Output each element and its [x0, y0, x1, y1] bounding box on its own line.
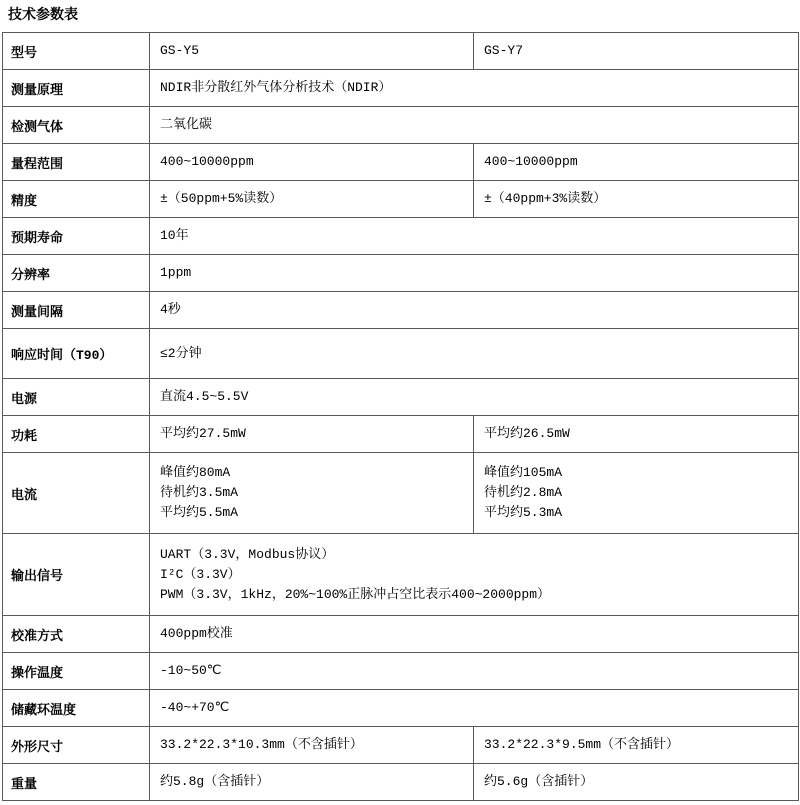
spec-value-line: PWM（3.3V，1kHz，20%~100%正脉冲占空比表示400~2000pp… [160, 585, 797, 605]
spec-label: 测量间隔 [3, 292, 150, 329]
table-row-storage-temp: 储藏环温度 -40~+70℃ [3, 690, 799, 727]
spec-label: 电源 [3, 379, 150, 416]
spec-value-line: 直流4.5~5.5V [160, 387, 797, 407]
spec-label: 测量原理 [3, 70, 150, 107]
spec-value: 1ppm [150, 255, 799, 292]
spec-value-gs-y7: 平均约26.5mW [474, 416, 799, 453]
spec-value-line: 二氧化碳 [160, 115, 797, 135]
table-row-weight: 重量 约5.8g（含插针） 约5.6g（含插针） [3, 764, 799, 801]
table-row-output-signal: 输出信号 UART（3.3V，Modbus协议） I²C（3.3V） PWM（3… [3, 534, 799, 616]
spec-value-line: 峰值约105mA [484, 463, 797, 483]
spec-value-line: 400ppm校准 [160, 624, 797, 644]
table-row-model: 型号 GS-Y5 GS-Y7 [3, 33, 799, 70]
table-row-resolution: 分辨率 1ppm [3, 255, 799, 292]
table-row-power-consumption: 功耗 平均约27.5mW 平均约26.5mW [3, 416, 799, 453]
spec-value-gs-y5: 峰值约80mA 待机约3.5mA 平均约5.5mA [150, 453, 474, 534]
spec-label: 外形尺寸 [3, 727, 150, 764]
table-row-dimensions: 外形尺寸 33.2*22.3*10.3mm（不含插针） 33.2*22.3*9.… [3, 727, 799, 764]
spec-value: NDIR非分散红外气体分析技术（NDIR） [150, 70, 799, 107]
spec-label: 精度 [3, 181, 150, 218]
spec-value-line: 10年 [160, 226, 797, 246]
spec-value-line: -40~+70℃ [160, 698, 797, 718]
spec-value-gs-y5: 约5.8g（含插针） [150, 764, 474, 801]
spec-value-gs-y5: 33.2*22.3*10.3mm（不含插针） [150, 727, 474, 764]
spec-value-gs-y5: 400~10000ppm [150, 144, 474, 181]
table-row-lifespan: 预期寿命 10年 [3, 218, 799, 255]
spec-value-gs-y7: GS-Y7 [474, 33, 799, 70]
spec-value: -10~50℃ [150, 653, 799, 690]
spec-label: 型号 [3, 33, 150, 70]
spec-value-line: 待机约2.8mA [484, 483, 797, 503]
table-row-calibration: 校准方式 400ppm校准 [3, 616, 799, 653]
page-title: 技术参数表 [0, 0, 800, 24]
spec-value-line: ≤2分钟 [160, 344, 797, 364]
spec-value: -40~+70℃ [150, 690, 799, 727]
spec-value-line: 平均约27.5mW [160, 424, 472, 444]
spec-value-gs-y5: GS-Y5 [150, 33, 474, 70]
spec-value-line: 约5.8g（含插针） [160, 772, 472, 792]
spec-value: 直流4.5~5.5V [150, 379, 799, 416]
table-row-response-time: 响应时间（T90） ≤2分钟 [3, 329, 799, 379]
spec-value-gs-y7: 峰值约105mA 待机约2.8mA 平均约5.3mA [474, 453, 799, 534]
page: 技术参数表 型号 GS-Y5 GS-Y7 测量原理 NDIR非分散红外气体分析技… [0, 0, 800, 805]
spec-value: 400ppm校准 [150, 616, 799, 653]
table-row-power-supply: 电源 直流4.5~5.5V [3, 379, 799, 416]
spec-value-gs-y7: 约5.6g（含插针） [474, 764, 799, 801]
table-row-interval: 测量间隔 4秒 [3, 292, 799, 329]
table-row-operating-temp: 操作温度 -10~50℃ [3, 653, 799, 690]
spec-label: 预期寿命 [3, 218, 150, 255]
spec-value-line: 平均约26.5mW [484, 424, 797, 444]
spec-label: 电流 [3, 453, 150, 534]
spec-value: UART（3.3V，Modbus协议） I²C（3.3V） PWM（3.3V，1… [150, 534, 799, 616]
spec-label: 校准方式 [3, 616, 150, 653]
spec-label: 量程范围 [3, 144, 150, 181]
spec-label: 响应时间（T90） [3, 329, 150, 379]
table-row-principle: 测量原理 NDIR非分散红外气体分析技术（NDIR） [3, 70, 799, 107]
spec-label: 分辨率 [3, 255, 150, 292]
spec-value-line: 1ppm [160, 263, 797, 283]
spec-value-line: 400~10000ppm [160, 152, 472, 172]
spec-value-line: UART（3.3V，Modbus协议） [160, 545, 797, 565]
spec-label: 输出信号 [3, 534, 150, 616]
spec-value-line: ±（50ppm+5%读数） [160, 189, 472, 209]
spec-value-line: 33.2*22.3*9.5mm（不含插针） [484, 735, 797, 755]
spec-value: 二氧化碳 [150, 107, 799, 144]
spec-label: 储藏环温度 [3, 690, 150, 727]
spec-value-gs-y5: ±（50ppm+5%读数） [150, 181, 474, 218]
table-row-range: 量程范围 400~10000ppm 400~10000ppm [3, 144, 799, 181]
spec-value-gs-y5: 平均约27.5mW [150, 416, 474, 453]
spec-value-line: 400~10000ppm [484, 152, 797, 172]
spec-value-line: GS-Y7 [484, 41, 797, 61]
spec-value: 10年 [150, 218, 799, 255]
spec-value-line: 约5.6g（含插针） [484, 772, 797, 792]
spec-label: 功耗 [3, 416, 150, 453]
spec-value-gs-y7: 400~10000ppm [474, 144, 799, 181]
table-row-gas: 检测气体 二氧化碳 [3, 107, 799, 144]
spec-value-line: 平均约5.5mA [160, 503, 472, 523]
spec-value-line: 4秒 [160, 300, 797, 320]
spec-value-line: 峰值约80mA [160, 463, 472, 483]
spec-value-gs-y7: 33.2*22.3*9.5mm（不含插针） [474, 727, 799, 764]
spec-label: 重量 [3, 764, 150, 801]
spec-value-line: NDIR非分散红外气体分析技术（NDIR） [160, 78, 797, 98]
table-row-current: 电流 峰值约80mA 待机约3.5mA 平均约5.5mA 峰值约105mA 待机… [3, 453, 799, 534]
spec-value-line: 待机约3.5mA [160, 483, 472, 503]
spec-value-line: -10~50℃ [160, 661, 797, 681]
spec-value-line: ±（40ppm+3%读数） [484, 189, 797, 209]
spec-value: 4秒 [150, 292, 799, 329]
spec-value-line: GS-Y5 [160, 41, 472, 61]
spec-value-line: 33.2*22.3*10.3mm（不含插针） [160, 735, 472, 755]
spec-label: 操作温度 [3, 653, 150, 690]
spec-value: ≤2分钟 [150, 329, 799, 379]
spec-value-line: I²C（3.3V） [160, 565, 797, 585]
spec-label: 检测气体 [3, 107, 150, 144]
spec-value-line: 平均约5.3mA [484, 503, 797, 523]
spec-value-gs-y7: ±（40ppm+3%读数） [474, 181, 799, 218]
spec-table: 型号 GS-Y5 GS-Y7 测量原理 NDIR非分散红外气体分析技术（NDIR… [2, 32, 799, 801]
table-row-accuracy: 精度 ±（50ppm+5%读数） ±（40ppm+3%读数） [3, 181, 799, 218]
